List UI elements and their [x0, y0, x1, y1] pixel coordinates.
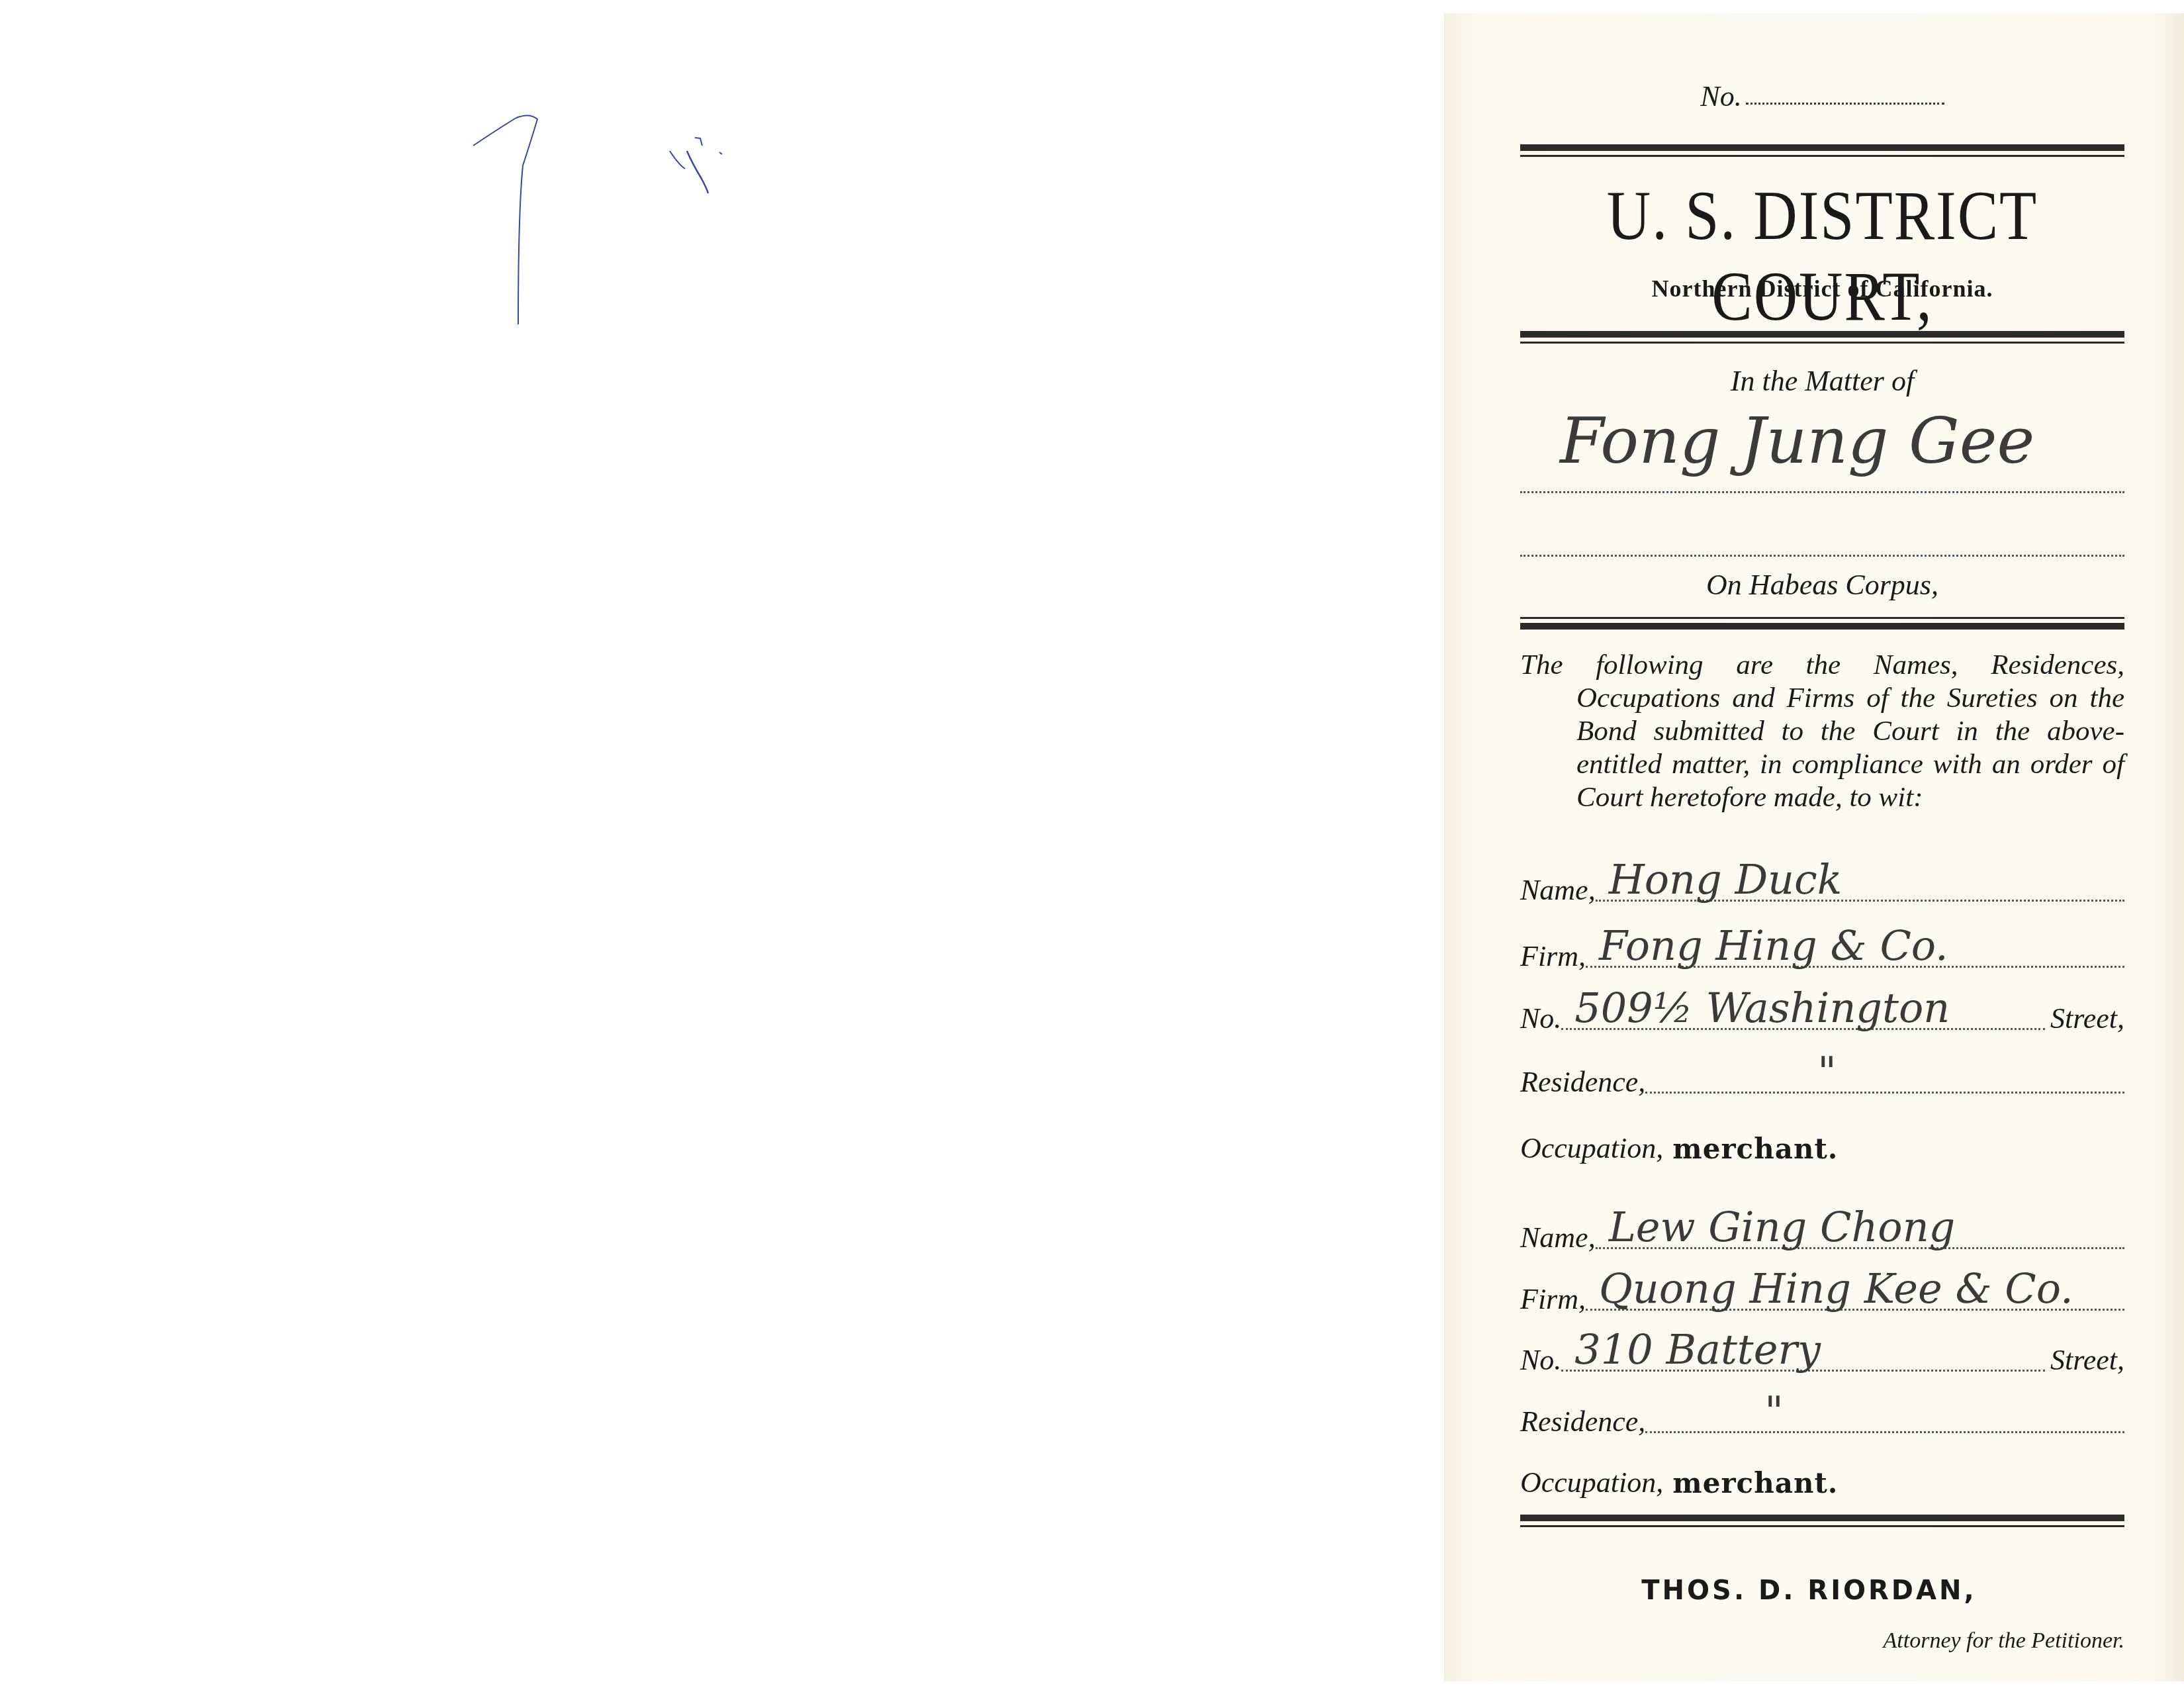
surety-2-firm: Quong Hing Kee & Co. — [1599, 1264, 2073, 1313]
residence-label: Residence, — [1520, 1405, 1645, 1438]
surety-2-residence-row: Residence, " — [1520, 1399, 2124, 1438]
surety-2-street-number: 310 Battery — [1574, 1325, 1821, 1374]
surety-1-occupation: merchant. — [1672, 1133, 1838, 1165]
petitioner-name-line — [1520, 491, 2124, 493]
street-label: Street, — [2050, 1343, 2124, 1377]
name-label: Name, — [1520, 1221, 1596, 1254]
firm-label: Firm, — [1520, 1282, 1586, 1316]
petitioner-name: Fong Jung Gee — [1560, 404, 2124, 478]
surety-1-firm: Fong Hing & Co. — [1599, 921, 1948, 970]
surety-1-firm-row: Firm, Fong Hing & Co. — [1520, 933, 2124, 973]
surety-2-occupation-row: Occupation, merchant. — [1520, 1460, 2124, 1499]
court-title: U. S. DISTRICT COURT, — [1520, 175, 2124, 336]
surety-2-address-row: No. 310 Battery Street, — [1520, 1337, 2124, 1377]
petitioner-name-line-2 — [1520, 555, 2124, 557]
number-label: No. — [1520, 1343, 1561, 1377]
occupation-label: Occupation, — [1520, 1466, 1663, 1499]
surety-2-occupation: merchant. — [1672, 1467, 1838, 1499]
case-number-label: No. — [1700, 80, 1741, 113]
divider-rule — [1520, 331, 2124, 344]
divider-rule — [1520, 1515, 2124, 1527]
attorney-name: THOS. D. RIORDAN, — [1520, 1575, 2124, 1606]
surety-1-street-number: 509½ Washington — [1574, 984, 1950, 1032]
attorney-role: Attorney for the Petitioner. — [1884, 1628, 2125, 1654]
firm-label: Firm, — [1520, 939, 1586, 973]
divider-rule — [1520, 144, 2124, 157]
surety-2-residence: " — [1764, 1387, 1784, 1435]
street-label: Street, — [2050, 1002, 2124, 1035]
surety-1-residence-row: Residence, " — [1520, 1059, 2124, 1099]
surety-1-occupation-row: Occupation, merchant. — [1520, 1125, 2124, 1165]
surety-2-name: Lew Ging Chong — [1609, 1203, 1956, 1251]
matter-label: In the Matter of — [1520, 364, 2124, 398]
surety-1-residence: " — [1817, 1047, 1837, 1096]
case-number-field — [1746, 103, 1944, 105]
proceeding-label: On Habeas Corpus, — [1520, 568, 2124, 602]
surety-1-name: Hong Duck — [1609, 855, 1843, 904]
preamble-text: The following are the Names, Residences,… — [1520, 649, 2124, 814]
surety-1-address-row: No. 509½ Washington Street, — [1520, 996, 2124, 1035]
divider-rule — [1520, 617, 2124, 630]
court-form-document: No. U. S. DISTRICT COURT, Northern Distr… — [1444, 13, 2184, 1681]
residence-label: Residence, — [1520, 1065, 1645, 1099]
surety-2-name-row: Name, Lew Ging Chong — [1520, 1215, 2124, 1254]
pen-marks-decoration — [430, 79, 893, 344]
occupation-label: Occupation, — [1520, 1131, 1663, 1165]
court-district: Northern District of California. — [1520, 275, 2124, 303]
surety-2-firm-row: Firm, Quong Hing Kee & Co. — [1520, 1276, 2124, 1316]
number-label: No. — [1520, 1002, 1561, 1035]
surety-1-name-row: Name, Hong Duck — [1520, 867, 2124, 907]
name-label: Name, — [1520, 873, 1596, 907]
case-number-line: No. — [1520, 79, 2124, 113]
